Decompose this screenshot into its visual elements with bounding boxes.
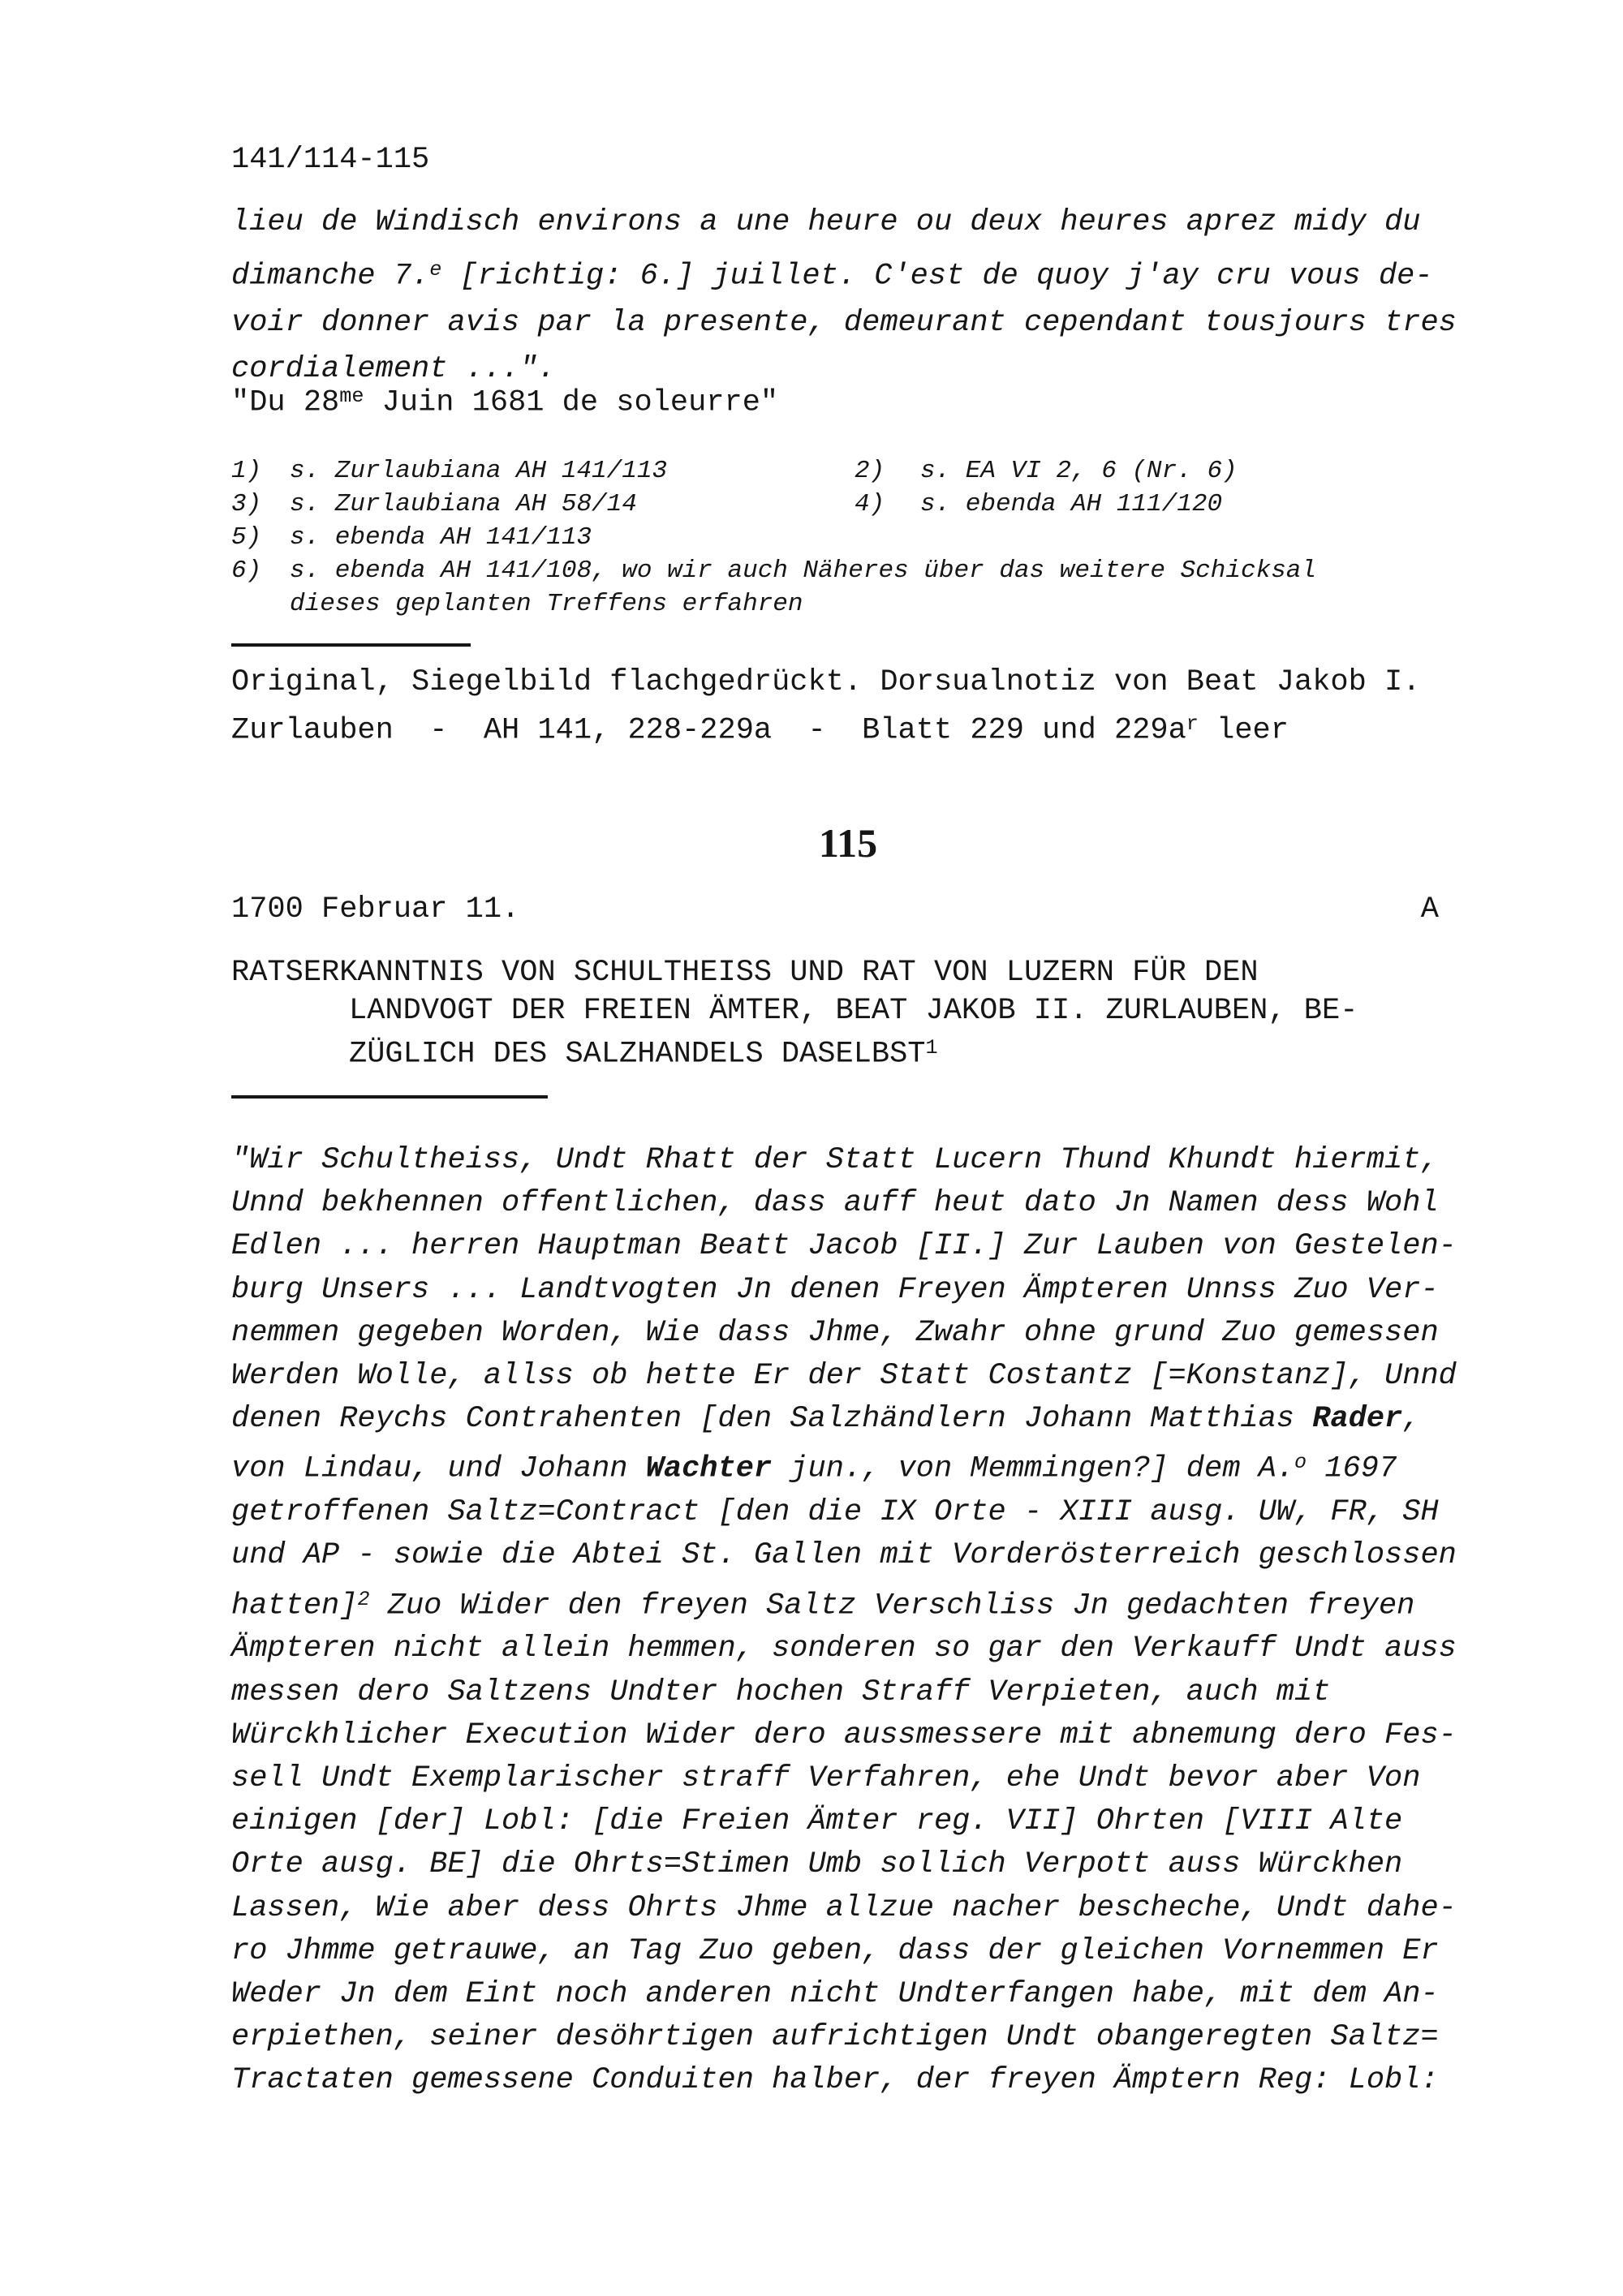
body-line: einigen [der] Lobl: [die Freien Ämter re… <box>231 1800 1497 1843</box>
footnote-row: 6) s. ebenda AH 141/108, wo wir auch Näh… <box>231 557 1497 590</box>
footnote-number: 5) <box>231 523 261 552</box>
body-line: Tractaten gemessene Conduiten halber, de… <box>231 2059 1497 2102</box>
title-line: LANDVOGT DER FREIEN ÄMTER, BEAT JAKOB II… <box>349 992 1497 1030</box>
body-line: Würckhlicher Execution Wider dero aussme… <box>231 1714 1497 1757</box>
document-number-heading: 115 <box>231 819 1465 866</box>
quote-line: lieu de Windisch environs a une heure ou… <box>231 200 1497 247</box>
body-line: ro Jhmme getrauwe, an Tag Zuo geben, das… <box>231 1930 1497 1973</box>
body-line: getroffenen Saltz=Contract [den die IX O… <box>231 1491 1497 1534</box>
footnote-text: s. ebenda AH 111/120 <box>920 490 1222 518</box>
body-line: hatten]2 Zuo Wider den freyen Saltz Vers… <box>231 1578 1497 1628</box>
document-date: 1700 Februar 11. <box>231 892 519 927</box>
footnote-number: 3) <box>231 490 261 518</box>
body-line: nemmen gegeben Worden, Wie dass Jhme, Zw… <box>231 1312 1497 1355</box>
body-line: Edlen ... herren Hauptman Beatt Jacob [I… <box>231 1225 1497 1268</box>
footnote-row: 1) s. Zurlaubiana AH 141/113 2) s. EA VI… <box>231 457 1497 490</box>
footnote-number: 2) <box>855 457 885 485</box>
body-line: Weder Jn dem Eint noch anderen nicht Und… <box>231 1973 1497 2016</box>
footnote-text: s. EA VI 2, 6 (Nr. 6) <box>920 457 1238 485</box>
body-line: erpiethen, seiner desöhrtigen aufrichtig… <box>231 2016 1497 2059</box>
provenance-note: Original, Siegelbild flachgedrückt. Dors… <box>231 661 1497 752</box>
body-line: "Wir Schultheiss, Undt Rhatt der Statt L… <box>231 1139 1497 1182</box>
footnote-row: 5) s. ebenda AH 141/113 <box>231 523 1497 557</box>
quote-line: dimanche 7.e [richtig: 6.] juillet. C'es… <box>231 247 1497 300</box>
archive-reference: 141/114-115 <box>231 143 429 177</box>
body-line: denen Reychs Contrahenten [den Salzhändl… <box>231 1398 1497 1441</box>
footnotes-block: 1) s. Zurlaubiana AH 141/113 2) s. EA VI… <box>231 457 1497 623</box>
document-page: 141/114-115 lieu de Windisch environs a … <box>0 0 1623 2296</box>
body-line: burg Unsers ... Landtvogten Jn denen Fre… <box>231 1269 1497 1312</box>
quote-dateline: "Du 28me Juin 1681 de soleurre" <box>231 385 778 420</box>
footnote-row: 3) s. Zurlaubiana AH 58/14 4) s. ebenda … <box>231 490 1497 523</box>
title-line: RATSERKANNTNIS VON SCHULTHEISS UND RAT V… <box>231 954 1497 992</box>
body-line: Unnd bekhennen offentlichen, dass auff h… <box>231 1182 1497 1225</box>
separator-rule-title <box>231 1095 548 1099</box>
footnote-text: s. Zurlaubiana AH 58/14 <box>290 490 637 518</box>
quote-line: voir donner avis par la presente, demeur… <box>231 300 1497 347</box>
footnote-number: 6) <box>231 557 261 585</box>
body-line: von Lindau, und Johann Wachter jun., von… <box>231 1441 1497 1491</box>
footnote-number: 4) <box>855 490 885 518</box>
title-line: ZÜGLICH DES SALZHANDELS DASELBST1 <box>349 1030 1497 1073</box>
body-line: und AP - sowie die Abtei St. Gallen mit … <box>231 1534 1497 1577</box>
footnote-text: dieses geplanten Treffens erfahren <box>290 590 803 618</box>
body-line: Ämpteren nicht allein hemmen, sonderen s… <box>231 1627 1497 1670</box>
separator-rule-top <box>231 643 471 647</box>
french-quote-paragraph: lieu de Windisch environs a une heure ou… <box>231 200 1497 393</box>
footnote-text: s. ebenda AH 141/108, wo wir auch Nähere… <box>290 557 1316 585</box>
document-letter-marker: A <box>1421 892 1439 927</box>
footnote-text: s. ebenda AH 141/113 <box>290 523 592 552</box>
footnote-text: s. Zurlaubiana AH 141/113 <box>290 457 667 485</box>
provenance-line: Original, Siegelbild flachgedrückt. Dors… <box>231 661 1497 703</box>
footnote-row: dieses geplanten Treffens erfahren <box>231 590 1497 623</box>
body-line: messen dero Saltzens Undter hochen Straf… <box>231 1671 1497 1714</box>
body-line: Lassen, Wie aber dess Ohrts Jhme allzue … <box>231 1887 1497 1930</box>
body-line: sell Undt Exemplarischer straff Verfahre… <box>231 1757 1497 1800</box>
document-title: RATSERKANNTNIS VON SCHULTHEISS UND RAT V… <box>231 954 1497 1073</box>
footnote-number: 1) <box>231 457 261 485</box>
provenance-line: Zurlauben - AH 141, 228-229a - Blatt 229… <box>231 703 1497 752</box>
body-line: Orte ausg. BE] die Ohrts=Stimen Umb soll… <box>231 1843 1497 1886</box>
body-line: Werden Wolle, allss ob hette Er der Stat… <box>231 1355 1497 1398</box>
document-body: "Wir Schultheiss, Undt Rhatt der Statt L… <box>231 1139 1497 2103</box>
document-dateline: 1700 Februar 11. A <box>231 892 1465 927</box>
